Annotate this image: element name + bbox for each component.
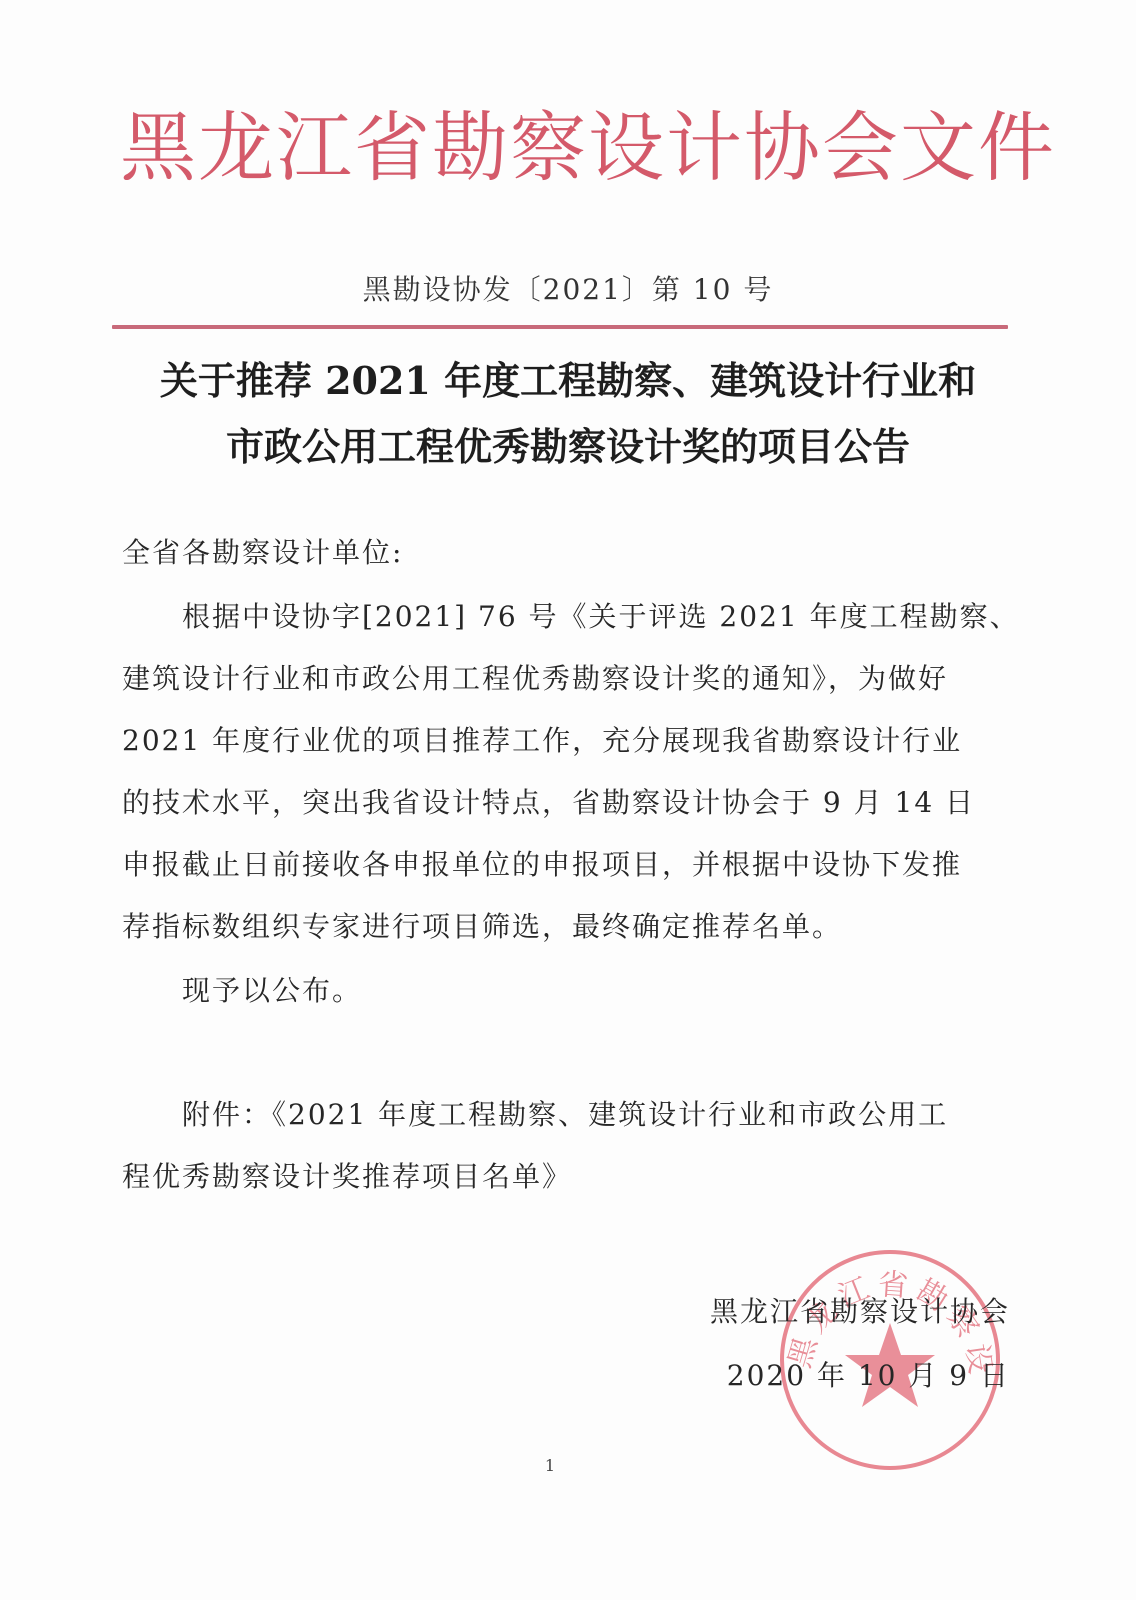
paragraph-line: 2021 年度行业优的项目推荐工作，充分展现我省勘察设计行业 bbox=[122, 710, 1002, 772]
salutation: 全省各勘察设计单位: bbox=[122, 522, 1002, 584]
notice-title-line-2: 市政公用工程优秀勘察设计奖的项目公告 bbox=[110, 414, 1026, 480]
attachment-line-1: 附件：《2021 年度工程勘察、建筑设计行业和市政公用工 bbox=[122, 1084, 1002, 1146]
document-number: 黑勘设协发〔2021〕第 10 号 bbox=[0, 268, 1136, 308]
paragraph-line: 申报截止日前接收各申报单位的申报项目，并根据中设协下发推 bbox=[122, 834, 1002, 896]
signature-block: 黑龙江省勘察设计协会 2020 年 10 月 9 日 bbox=[670, 1280, 1010, 1408]
attachment-reference: 附件：《2021 年度工程勘察、建筑设计行业和市政公用工 程优秀勘察设计奖推荐项… bbox=[122, 1084, 1002, 1208]
signing-date: 2020 年 10 月 9 日 bbox=[670, 1344, 1010, 1408]
paragraph-line: 根据中设协字[2021] 76 号《关于评选 2021 年度工程勘察、 bbox=[122, 586, 1002, 648]
issuer-header-title: 黑龙江省勘察设计协会文件 bbox=[120, 98, 1020, 198]
notice-title-line-1: 关于推荐 2021 年度工程勘察、建筑设计行业和 bbox=[110, 348, 1026, 414]
red-divider-rule bbox=[112, 325, 1008, 329]
paragraph-line: 的技术水平，突出我省设计特点，省勘察设计协会于 9 月 14 日 bbox=[122, 772, 1002, 834]
paragraph-line: 建筑设计行业和市政公用工程优秀勘察设计奖的通知》，为做好 bbox=[122, 648, 1002, 710]
attachment-line-2: 程优秀勘察设计奖推荐项目名单》 bbox=[122, 1146, 1002, 1208]
signing-organization: 黑龙江省勘察设计协会 bbox=[670, 1280, 1010, 1344]
main-paragraph: 根据中设协字[2021] 76 号《关于评选 2021 年度工程勘察、 建筑设计… bbox=[122, 586, 1002, 958]
notice-title: 关于推荐 2021 年度工程勘察、建筑设计行业和 市政公用工程优秀勘察设计奖的项… bbox=[110, 348, 1026, 480]
paragraph-line: 荐指标数组织专家进行项目筛选，最终确定推荐名单。 bbox=[122, 896, 1002, 958]
document-page: 黑龙江省勘察设计协会文件 黑勘设协发〔2021〕第 10 号 关于推荐 2021… bbox=[0, 0, 1136, 1600]
announcement: 现予以公布。 bbox=[122, 960, 1062, 1022]
